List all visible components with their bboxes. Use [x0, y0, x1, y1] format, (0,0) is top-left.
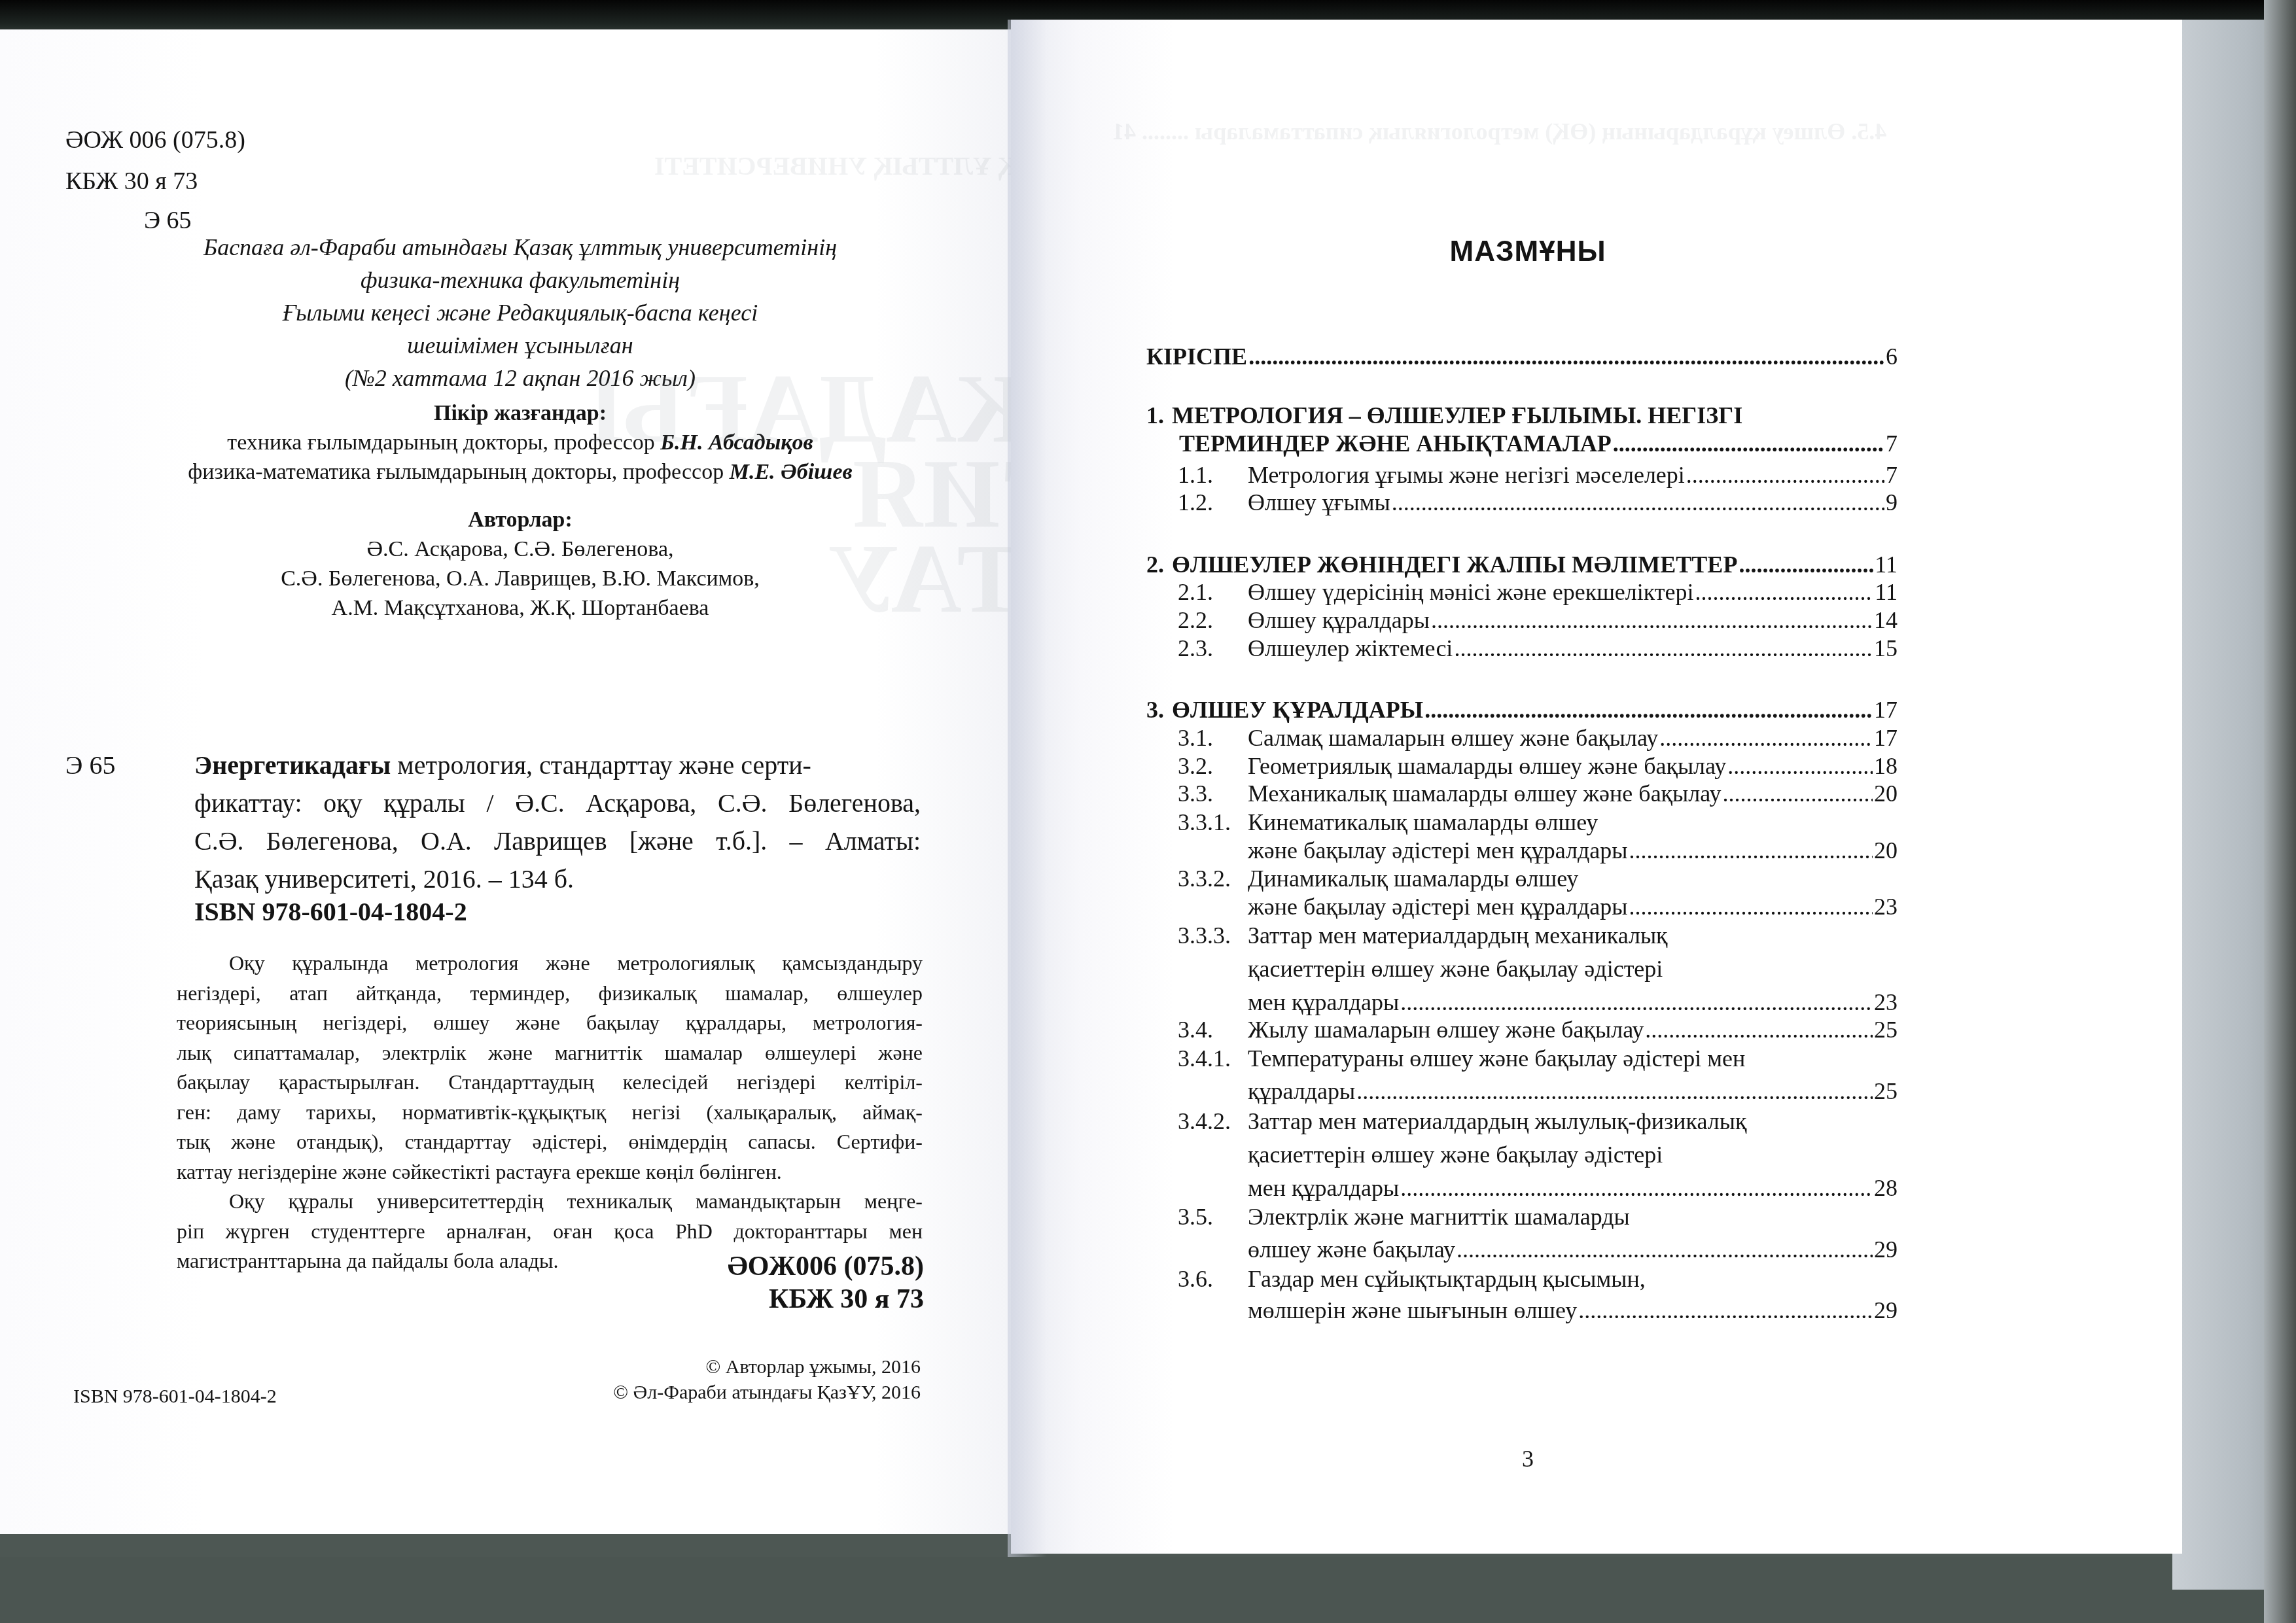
toc-leader-dots: [1659, 724, 1873, 752]
toc-entry-title: мен құралдары: [1248, 988, 1399, 1016]
annotation-line: ген: даму тарихы, нормативтік-құқықтық н…: [177, 1098, 923, 1128]
toc-leader-dots: [1722, 780, 1873, 807]
toc-entry[interactable]: 2.3.Өлшеулер жіктемесі15: [1146, 633, 1898, 662]
toc-entry-title: Салмақ шамаларын өлшеу және бақылау: [1248, 724, 1658, 752]
toc-entry-number: 3.2.: [1146, 752, 1248, 780]
toc-entry-page: 7: [1886, 430, 1898, 457]
toc-entry-page: 23: [1874, 893, 1898, 920]
toc-entry-title: Өлшеу ұғымы: [1248, 489, 1390, 516]
toc-entry-number: 3.4.1.: [1146, 1045, 1248, 1072]
toc-entry[interactable]: ТЕРМИНДЕР ЖӘНЕ АНЫҚТАМАЛАР7: [1179, 428, 1898, 457]
scanner-right-edge: [2264, 0, 2296, 1623]
toc-entry-title: құралдары: [1248, 1077, 1355, 1105]
toc-entry-title: Өлшеулер жіктемесі: [1248, 635, 1453, 662]
toc-entry[interactable]: өлшеу және бақылау29: [1248, 1234, 1898, 1263]
book-spine-shadow: [1008, 20, 1047, 1557]
udc-code: ӘОЖ 006 (075.8): [65, 128, 245, 152]
bib-isbn: ISBN 978-601-04-1804-2: [194, 899, 467, 925]
toc-entry[interactable]: 2.1.Өлшеу үдерісінің мәнісі және ерекшел…: [1146, 577, 1898, 606]
toc-leader-dots: [1739, 551, 1873, 578]
toc-leader-dots: [1645, 1016, 1873, 1043]
toc-entry-number: 3.3.1.: [1146, 809, 1248, 836]
toc-entry[interactable]: мен құралдары23: [1248, 987, 1898, 1016]
toc-entry-number: 1.2.: [1146, 489, 1248, 516]
toc-entry-title: Механикалық шамаларды өлшеу және бақылау: [1248, 780, 1721, 807]
toc-entry-title: ӨЛШЕУЛЕР ЖӨНІНДЕГІ ЖАЛПЫ МӘЛІМЕТТЕР: [1172, 551, 1737, 578]
toc-entry-number: 3.3.: [1146, 780, 1248, 807]
toc-entry[interactable]: 1.2.Өлшеу ұғымы9: [1146, 487, 1898, 516]
toc-entry-title: Метрология ұғымы және негізгі мәселелері: [1248, 461, 1685, 489]
toc-entry-title: Жылу шамаларын өлшеу және бақылау: [1248, 1016, 1644, 1043]
toc-entry-title: Заттар мен материалдардың жылулық-физика…: [1248, 1108, 1746, 1135]
annotation-line: лық сипаттамалар, электрлік және магнитт…: [177, 1038, 923, 1068]
toc-entry-title: Температураны өлшеу және бақылау әдістер…: [1248, 1045, 1745, 1072]
annotation-line: Оқу құралында метрология және метрология…: [177, 949, 923, 979]
toc-entry-page: 15: [1874, 635, 1898, 662]
udc-code-bottom: ӘОЖ006 (075.8): [728, 1253, 924, 1280]
toc-entry-title: ӨЛШЕУ ҚҰРАЛДАРЫ: [1172, 696, 1423, 724]
toc-entry-title: Өлшеу құралдары: [1248, 606, 1430, 634]
bib-code: Э 65: [65, 752, 115, 778]
toc-entry-page: 20: [1874, 780, 1898, 807]
toc-entry-number: 2.3.: [1146, 635, 1248, 662]
bib-line: С.Ә. Бөлегенова, О.А. Лаврищев [және т.б…: [194, 828, 921, 854]
toc-entry-number: 2.2.: [1146, 606, 1248, 634]
toc-entry[interactable]: құралдары25: [1248, 1076, 1898, 1105]
toc-entry-page: 17: [1874, 724, 1898, 752]
toc-entry-page: 14: [1874, 606, 1898, 634]
toc-entry-page: 17: [1874, 696, 1898, 724]
toc-entry-title: ТЕРМИНДЕР ЖӘНЕ АНЫҚТАМАЛАР: [1179, 430, 1612, 457]
publisher-note-line: Баспаға әл-Фараби атындағы Қазақ ұлттық …: [118, 236, 923, 259]
bib-title: Энергетикадағы: [194, 750, 391, 780]
toc-entry[interactable]: 3.3.2.Динамикалық шамаларды өлшеу: [1146, 864, 1898, 892]
annotation: Оқу құралында метрология және метрология…: [177, 949, 923, 1276]
toc-leader-dots: [1400, 988, 1873, 1016]
toc-entry[interactable]: 3.3.Механикалық шамаларды өлшеу және бақ…: [1146, 778, 1898, 807]
toc-leader-dots: [1695, 578, 1874, 606]
toc-leader-dots: [1629, 893, 1873, 920]
annotation-line: негіздері, атап айтқанда, терминдер, физ…: [177, 979, 923, 1009]
toc-entry-number: 3.4.: [1146, 1016, 1248, 1043]
toc-entry-title: КІРІСПЕ: [1146, 343, 1247, 370]
bib-line: Қазақ университеті, 2016. – 134 б.: [194, 866, 574, 892]
toc-entry[interactable]: 3.3.3.Заттар мен материалдардың механика…: [1146, 920, 1898, 949]
toc-leader-dots: [1454, 635, 1873, 662]
author-mark: Э 65: [144, 208, 192, 233]
toc-leader-dots: [1392, 489, 1884, 516]
toc-entry[interactable]: КІРІСПЕ6: [1146, 341, 1898, 370]
toc-entry-title: Газдар мен сұйықтықтардың қысымын,: [1248, 1265, 1646, 1293]
publisher-note-line: Ғылыми кеңесі және Редакциялық-баспа кең…: [118, 301, 923, 324]
toc-entry-page: 18: [1874, 752, 1898, 780]
lbc-code-bottom: КБЖ 30 я 73: [769, 1285, 924, 1313]
toc-entry[interactable]: қасиеттерін өлшеу және бақылау әдістері: [1248, 954, 1898, 983]
toc-leader-dots: [1578, 1297, 1873, 1324]
toc-entry-title: өлшеу және бақылау: [1248, 1236, 1455, 1263]
toc-title: МАЗМҰНЫ: [1374, 236, 1682, 268]
toc-entry-page: 6: [1886, 343, 1898, 370]
bleed-through-toc: 4.5. Өлшеу құралдарының (ӨҚ) метрологиял…: [1112, 118, 1886, 145]
toc-entry-number: 2.1.: [1146, 578, 1248, 606]
toc-leader-dots: [1727, 752, 1873, 780]
toc-entry[interactable]: және бақылау әдістері мен құралдары20: [1248, 835, 1898, 864]
toc-entry-page: 29: [1874, 1297, 1898, 1324]
annotation-line: тық және отандық), стандарттау әдістері,…: [177, 1127, 923, 1157]
toc-entry-number: 3.1.: [1146, 724, 1248, 752]
toc-entry[interactable]: мен құралдары28: [1248, 1173, 1898, 1202]
toc-leader-dots: [1356, 1077, 1873, 1105]
toc-entry-title: Өлшеу үдерісінің мәнісі және ерекшелікте…: [1248, 578, 1694, 606]
toc-entry-page: 7: [1886, 461, 1898, 489]
toc-leader-dots: [1248, 343, 1884, 370]
toc-entry-title: мен құралдары: [1248, 1174, 1399, 1202]
annotation-line: бақылау қарастырылған. Стандарттаудың ке…: [177, 1068, 923, 1098]
annotation-line: Оқу құралы университеттердің техникалық …: [177, 1187, 923, 1217]
annotation-line: ріп жүрген студенттерге арналған, оған қ…: [177, 1217, 923, 1247]
toc-entry-number: 3.5.: [1146, 1203, 1248, 1230]
toc-entry-title: Динамикалық шамаларды өлшеу: [1248, 865, 1578, 892]
publisher-note-line: шешімімен ұсынылған: [118, 334, 923, 357]
toc-entry-title: Кинематикалық шамаларды өлшеу: [1248, 809, 1598, 836]
toc-entry[interactable]: 3.5.Электрлік және магниттік шамаларды: [1146, 1202, 1898, 1230]
toc-entry-page: 25: [1874, 1016, 1898, 1043]
toc-entry[interactable]: 1.1.Метрология ұғымы және негізгі мәселе…: [1146, 460, 1898, 489]
toc-entry-page: 29: [1874, 1236, 1898, 1263]
toc-entry[interactable]: 3.3.1.Кинематикалық шамаларды өлшеу: [1146, 807, 1898, 836]
toc-entry-title: және бақылау әдістері мен құралдары: [1248, 837, 1627, 864]
copyright-line: © Әл-Фараби атындағы ҚазҰУ, 2016: [613, 1383, 921, 1403]
toc-entry[interactable]: 3.4.Жылу шамаларын өлшеу және бақылау25: [1146, 1015, 1898, 1043]
toc-entry[interactable]: 3.6.Газдар мен сұйықтықтардың қысымын,: [1146, 1264, 1898, 1293]
toc-entry-number: 1.: [1146, 402, 1172, 429]
annotation-line: каттау негіздеріне және сәйкестікті раст…: [177, 1157, 923, 1187]
toc-leader-dots: [1400, 1174, 1873, 1202]
toc-entry-page: 25: [1874, 1077, 1898, 1105]
toc-entry[interactable]: 1.МЕТРОЛОГИЯ – ӨЛШЕУЛЕР ҒЫЛЫМЫ. НЕГІЗГІ: [1146, 400, 1898, 429]
toc-entry-page: 11: [1875, 551, 1898, 578]
toc-entry[interactable]: 2.ӨЛШЕУЛЕР ЖӨНІНДЕГІ ЖАЛПЫ МӘЛІМЕТТЕР11: [1146, 550, 1898, 578]
toc-entry-title: және бақылау әдістері мен құралдары: [1248, 893, 1627, 920]
scanner-bottom-edge: [0, 1557, 2296, 1623]
toc-entry-page: 20: [1874, 837, 1898, 864]
copyright-line: © Авторлар ұжымы, 2016: [705, 1357, 921, 1377]
toc-entry-number: 3.: [1146, 696, 1172, 724]
toc-leader-dots: [1686, 461, 1884, 489]
toc-entry-number: 3.4.2.: [1146, 1108, 1248, 1135]
toc-entry-page: 28: [1874, 1174, 1898, 1202]
toc-entry[interactable]: 3.4.1.Температураны өлшеу және бақылау ә…: [1146, 1043, 1898, 1072]
toc-entry-page: 23: [1874, 988, 1898, 1016]
toc-entry[interactable]: 3.1.Салмақ шамаларын өлшеу және бақылау1…: [1146, 723, 1898, 752]
toc-entry-number: 3.6.: [1146, 1265, 1248, 1293]
annotation-line: теориясының негіздері, өлшеу және бақыла…: [177, 1008, 923, 1038]
toc-entry-page: 9: [1886, 489, 1898, 516]
toc-entry[interactable]: және бақылау әдістері мен құралдары23: [1248, 892, 1898, 920]
toc-leader-dots: [1457, 1236, 1873, 1263]
lbc-code: КБЖ 30 я 73: [65, 169, 198, 194]
toc-entry-title: МЕТРОЛОГИЯ – ӨЛШЕУЛЕР ҒЫЛЫМЫ. НЕГІЗГІ: [1172, 402, 1742, 429]
toc-entry-title: Заттар мен материалдардың механикалық: [1248, 922, 1668, 949]
toc-entry[interactable]: 3.4.2.Заттар мен материалдардың жылулық-…: [1146, 1106, 1898, 1135]
toc-entry[interactable]: 2.2.Өлшеу құралдары14: [1146, 605, 1898, 634]
toc-entry[interactable]: 3.2.Геометриялық шамаларды өлшеу және ба…: [1146, 751, 1898, 780]
toc-leader-dots: [1424, 696, 1873, 724]
toc-leader-dots: [1431, 606, 1873, 634]
page-number: 3: [1522, 1447, 1534, 1471]
toc-entry[interactable]: қасиеттерін өлшеу және бақылау әдістері: [1248, 1140, 1898, 1168]
toc-entry-title: қасиеттерін өлшеу және бақылау әдістері: [1248, 1141, 1663, 1168]
toc-leader-dots: [1613, 430, 1884, 457]
toc-leader-dots: [1629, 837, 1873, 864]
toc-entry-title: Электрлік және магниттік шамаларды: [1248, 1203, 1630, 1230]
toc-entry-number: 3.3.2.: [1146, 865, 1248, 892]
bib-line: Энергетикадағы метрология, стандарттау ж…: [194, 752, 921, 778]
bib-line: фикаттау: оқу құралы / Ә.С. Асқарова, С.…: [194, 790, 921, 816]
toc-entry-title: Геометриялық шамаларды өлшеу және бақыла…: [1248, 752, 1726, 780]
toc-entry-title: мөлшерін және шығынын өлшеу: [1248, 1297, 1577, 1324]
toc-entry-number: 2.: [1146, 551, 1172, 578]
toc-entry-number: 1.1.: [1146, 461, 1248, 489]
isbn-footer: ISBN 978-601-04-1804-2: [73, 1387, 277, 1406]
toc-entry[interactable]: 3.ӨЛШЕУ ҚҰРАЛДАРЫ17: [1146, 695, 1898, 724]
toc-entry[interactable]: мөлшерін және шығынын өлшеу29: [1248, 1295, 1898, 1324]
toc-entry-title: қасиеттерін өлшеу және бақылау әдістері: [1248, 955, 1663, 983]
toc-entry-number: 3.3.3.: [1146, 922, 1248, 949]
toc-entry-page: 11: [1875, 578, 1898, 606]
publisher-note-line: физика-техника факультетінің: [118, 268, 923, 292]
